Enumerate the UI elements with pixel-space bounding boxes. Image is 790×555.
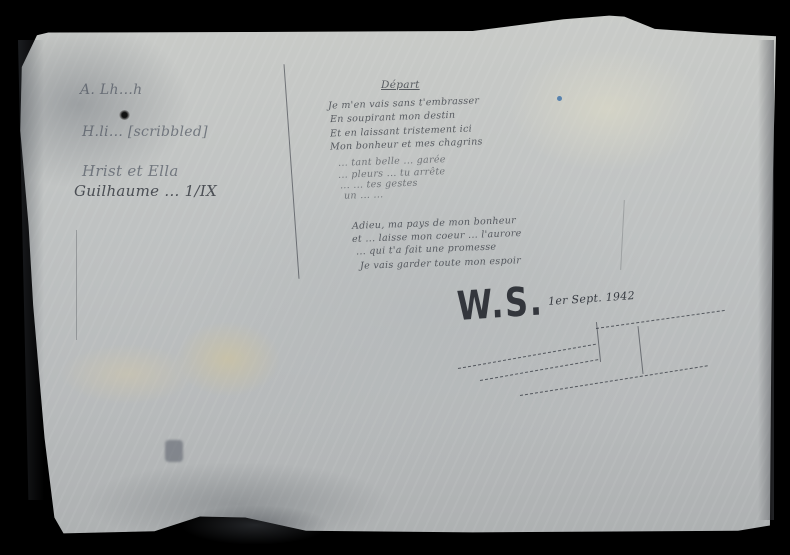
dark-stain xyxy=(165,440,183,462)
left-note-line: Hrist et Ella xyxy=(82,162,179,180)
blue-pigment-spot xyxy=(557,96,562,101)
pencil-divider-margin xyxy=(76,230,77,340)
stone-chipped-edge xyxy=(180,505,330,545)
drill-hole xyxy=(119,110,130,120)
left-note-line: A. Lh...h xyxy=(80,82,142,98)
stone-right-edge xyxy=(758,40,774,520)
poem-line: un ... ... xyxy=(344,189,384,201)
signature-initials: W.S. xyxy=(456,278,544,330)
poem-title: Départ xyxy=(381,79,420,91)
left-note-line: H.li... [scribbled] xyxy=(82,124,208,140)
photo-scene: A. Lh...h H.li... [scribbled] Hrist et E… xyxy=(0,0,790,555)
left-note-line: Guilhaume ... 1/IX xyxy=(74,182,217,200)
stone-left-edge xyxy=(18,40,44,500)
